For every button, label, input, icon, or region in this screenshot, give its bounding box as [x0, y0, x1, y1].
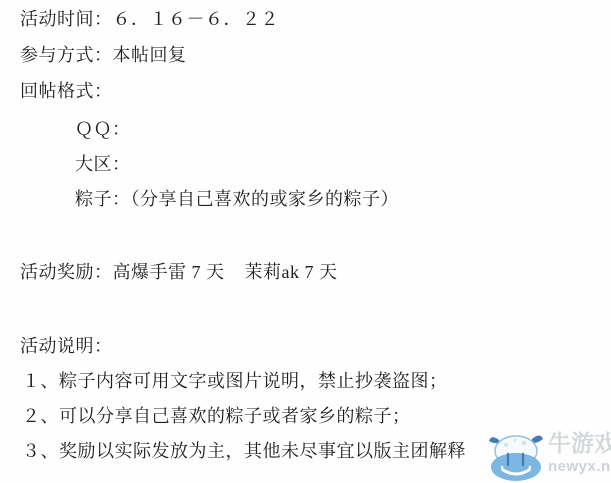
line-server-field: 大区：: [75, 153, 131, 175]
line-participation-method: 参与方式：本帖回复: [20, 44, 187, 66]
note-item-2: ２、可以分享自己喜欢的粽子或者家乡的粽子；: [22, 405, 411, 427]
document-page: 活动时间：６．１６－６．２２ 参与方式：本帖回复 回帖格式： ＱＱ： 大区： 粽…: [0, 0, 611, 483]
cow-mascot-icon: [486, 430, 546, 482]
newyx-watermark: 牛游戏 newyx.net: [485, 428, 611, 483]
line-activity-reward: 活动奖励：高爆手雷 7 天 茉莉ak 7 天: [20, 261, 338, 283]
line-activity-notes-heading: 活动说明：: [20, 335, 113, 357]
watermark-brand-text: 牛游戏: [548, 430, 611, 456]
line-reply-format: 回帖格式：: [20, 80, 113, 102]
watermark-url-text: newyx.net: [548, 458, 611, 475]
line-activity-time: 活动时间：６．１６－６．２２: [20, 8, 279, 30]
note-item-3: ３、奖励以实际发放为主，其他未尽事宜以版主团解释: [22, 440, 466, 462]
line-zongzi-field: 粽子：（分享自己喜欢的或家乡的粽子）: [75, 188, 399, 210]
watermark-text-block: 牛游戏 newyx.net: [548, 430, 611, 475]
note-item-1: １、粽子内容可用文字或图片说明，禁止抄袭盗图；: [22, 370, 448, 392]
line-qq-field: ＱＱ：: [75, 118, 131, 140]
